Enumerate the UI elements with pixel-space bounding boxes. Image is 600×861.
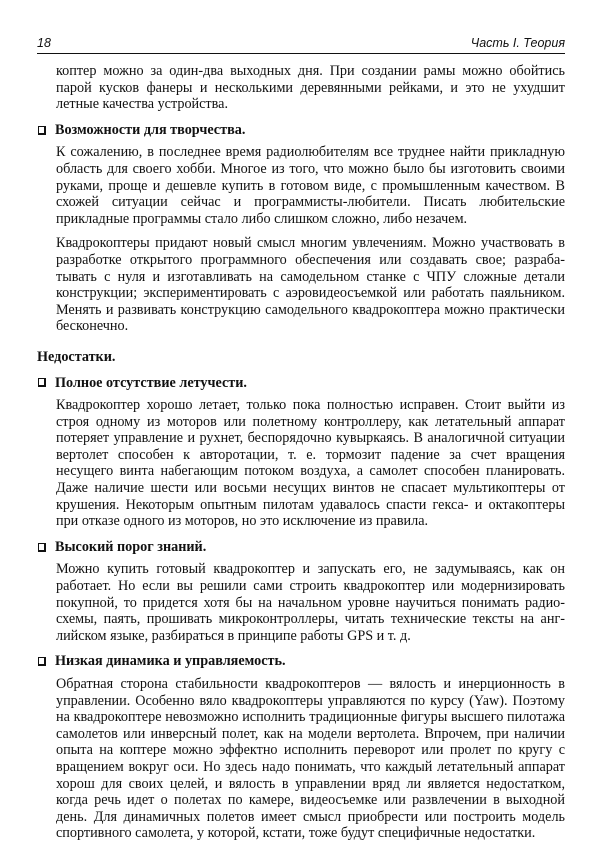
bullet-heading-knowledge-threshold: Высокий порог знаний. [37,539,565,556]
bullet-heading-text: Полное отсутствие летучести. [55,375,247,392]
running-title: Часть I. Теория [471,36,565,50]
running-header: 18 Часть I. Теория [37,36,565,54]
bullet-heading-text: Высокий порог знаний. [55,539,206,556]
bullet-heading-creativity: Возможности для творчества. [37,122,565,139]
page-body: коптер можно за один-два выходных дня. П… [37,54,565,842]
paragraph: К сожалению, в последнее время радиолюби… [56,144,565,227]
book-page: 18 Часть I. Теория коптер можно за один-… [37,36,565,842]
paragraph: Квадрокоптер хорошо летает, только пока … [56,397,565,530]
page-number: 18 [37,36,51,50]
bullet-heading-low-dynamics: Низкая динамика и управляемость. [37,653,565,670]
bullet-heading-no-glide: Полное отсутствие летучести. [37,375,565,392]
checkbox-bullet-icon [38,543,46,552]
bullet-heading-text: Низкая динамика и управляемость. [55,653,286,670]
paragraph: Можно купить готовый квадрокоптер и запу… [56,561,565,644]
checkbox-bullet-icon [38,657,46,666]
checkbox-bullet-icon [38,378,46,387]
checkbox-bullet-icon [38,126,46,135]
bullet-heading-text: Возможности для творчества. [55,122,245,139]
intro-paragraph: коптер можно за один-два выходных дня. П… [56,63,565,113]
paragraph: Квадрокоптеры придают новый смысл многим… [56,235,565,335]
paragraph: Обратная сторона стабильности квадрокопт… [56,676,565,842]
section-heading-disadvantages: Недостатки. [37,349,565,366]
